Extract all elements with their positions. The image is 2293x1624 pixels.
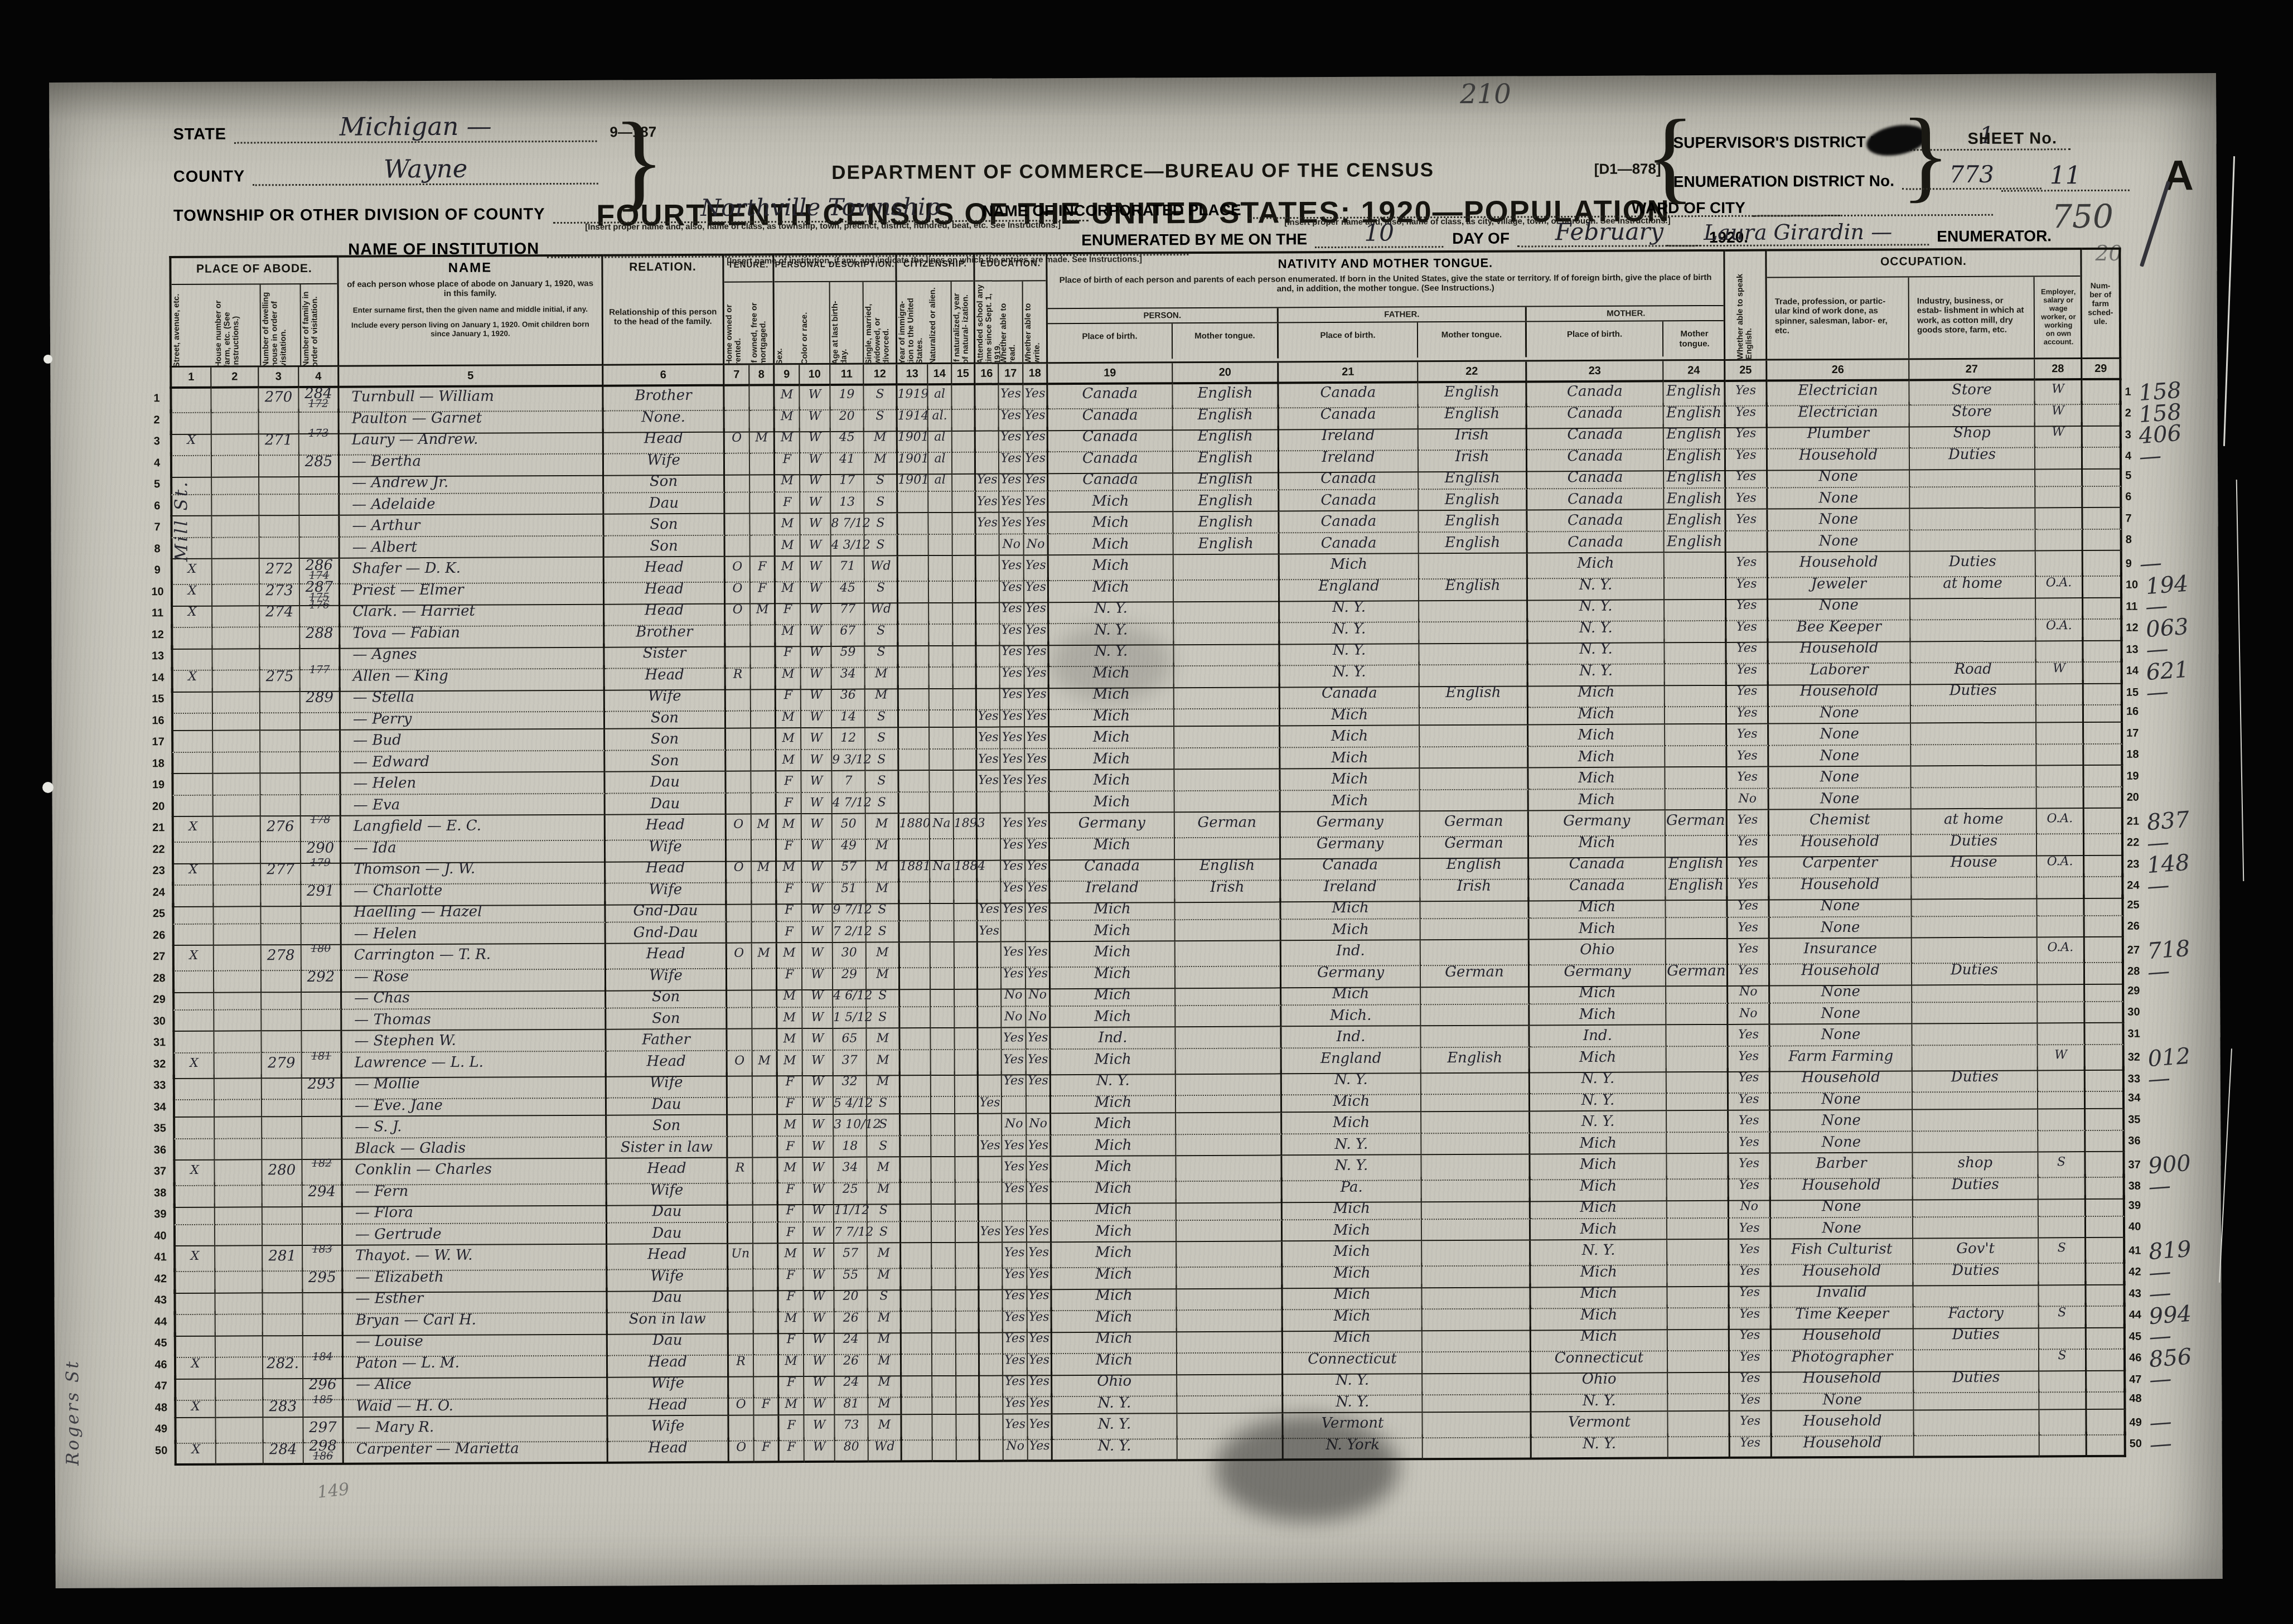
table-cell bbox=[932, 1200, 956, 1222]
table-cell: 4 6/12 bbox=[833, 986, 867, 1008]
table-cell bbox=[753, 1222, 778, 1244]
table-cell bbox=[1421, 1111, 1530, 1133]
table-cell: Son bbox=[605, 707, 726, 729]
numbers-margin-spacer bbox=[2121, 359, 2210, 380]
column-number: 5 bbox=[339, 366, 603, 388]
table-cell: — Andrew Jr. bbox=[340, 472, 604, 495]
name-desc: of each person whose place of abode on J… bbox=[339, 275, 602, 303]
table-cell bbox=[900, 1028, 931, 1050]
table-cell bbox=[726, 729, 751, 751]
table-cell bbox=[2039, 1195, 2086, 1217]
right-line-number: 15 bbox=[2126, 686, 2139, 699]
table-cell bbox=[301, 752, 341, 774]
table-cell: Yes bbox=[976, 470, 999, 492]
table-cell bbox=[952, 470, 976, 492]
right-line-number: 8 bbox=[2126, 534, 2132, 547]
table-cell bbox=[1665, 724, 1727, 746]
table-cell: Head bbox=[608, 1437, 729, 1463]
table-cell: English bbox=[1664, 510, 1726, 531]
table-cell: — Gertrude bbox=[343, 1223, 607, 1246]
table-cell bbox=[214, 924, 262, 946]
table-cell bbox=[953, 534, 976, 556]
table-cell: Mich bbox=[1051, 1092, 1176, 1114]
col2-header: House number or farm, etc. (See Instruct… bbox=[214, 284, 262, 368]
line-number: 26 bbox=[146, 925, 172, 946]
table-cell bbox=[900, 921, 931, 943]
table-cell: W bbox=[805, 1437, 835, 1462]
table-cell bbox=[955, 1135, 979, 1157]
table-cell: Mich bbox=[1051, 1006, 1175, 1028]
table-cell: O bbox=[729, 1394, 754, 1416]
table-cell: F bbox=[777, 793, 802, 815]
table-cell bbox=[1912, 787, 2037, 809]
table-cell bbox=[1666, 896, 1728, 918]
table-cell bbox=[1913, 1088, 2038, 1110]
line-number: 17 bbox=[145, 731, 171, 753]
table-cell bbox=[1421, 983, 1530, 1004]
table-cell bbox=[1911, 766, 2036, 787]
table-cell: Yes bbox=[1025, 706, 1049, 728]
table-cell: N. Y. bbox=[1531, 1390, 1668, 1413]
table-cell bbox=[1911, 723, 2036, 745]
table-cell: 11/12 bbox=[834, 1201, 868, 1222]
table-cell: Mich bbox=[1051, 1113, 1176, 1135]
enumerated-field: ENUMERATED BY ME ON THE 10 DAY OF Februa… bbox=[1081, 219, 1748, 249]
township-value: Northville Township bbox=[700, 193, 940, 221]
table-cell: Mich bbox=[1051, 920, 1175, 942]
table-cell: No bbox=[1728, 982, 1770, 1004]
table-cell bbox=[2084, 895, 2123, 916]
table-cell: 3 10/12 bbox=[834, 1115, 867, 1137]
table-cell bbox=[2038, 916, 2085, 938]
numbers-spacer bbox=[143, 368, 170, 389]
table-cell bbox=[261, 902, 301, 924]
col18-header: Whether able to write. bbox=[1023, 281, 1048, 364]
right-line-number: 44 bbox=[2129, 1309, 2141, 1322]
pencil-margin-note: — bbox=[2147, 1065, 2171, 1093]
table-cell bbox=[1174, 748, 1280, 770]
table-cell bbox=[752, 922, 777, 944]
table-cell: English bbox=[1419, 467, 1527, 489]
table-cell bbox=[2035, 508, 2083, 530]
table-cell: Son bbox=[607, 1115, 728, 1137]
table-cell: Yes bbox=[1028, 1436, 1053, 1462]
right-line-number: 28 bbox=[2127, 965, 2140, 978]
table-cell: S bbox=[867, 1114, 901, 1136]
table-cell: N. Y. bbox=[1530, 1111, 1667, 1133]
table-cell bbox=[899, 728, 930, 750]
right-line-number: 49 bbox=[2129, 1416, 2141, 1429]
table-cell bbox=[172, 989, 214, 1011]
table-cell bbox=[215, 1139, 262, 1161]
table-cell bbox=[215, 1203, 263, 1225]
table-cell: W bbox=[802, 921, 833, 943]
table-cell bbox=[1914, 1389, 2039, 1410]
right-line-number: 6 bbox=[2125, 491, 2131, 504]
column-number: 10 bbox=[800, 365, 830, 386]
table-cell bbox=[2084, 744, 2123, 766]
table-cell: Ind. bbox=[1281, 1026, 1421, 1048]
table-cell bbox=[2083, 529, 2122, 551]
table-cell bbox=[172, 1010, 214, 1032]
enumerated-day-line: 10 bbox=[1315, 220, 1443, 248]
pencil-margin-note: — bbox=[2146, 872, 2170, 900]
table-cell bbox=[1174, 726, 1280, 748]
table-cell: Mich bbox=[1051, 984, 1175, 1006]
table-cell bbox=[899, 750, 930, 771]
table-cell bbox=[954, 728, 977, 750]
margin-cell: 50— bbox=[2126, 1431, 2215, 1457]
column-number: 14 bbox=[928, 364, 952, 385]
table-cell bbox=[956, 1393, 980, 1415]
table-cell bbox=[262, 1010, 302, 1032]
table-cell: None bbox=[1768, 466, 1910, 488]
table-cell bbox=[952, 513, 976, 535]
enumerator-signature: Laura Girardin — bbox=[1704, 220, 1892, 245]
table-cell: Yes bbox=[976, 513, 999, 535]
county-line: Wayne bbox=[253, 157, 598, 186]
table-cell bbox=[1668, 1390, 1730, 1412]
line-number: 31 bbox=[146, 1032, 172, 1053]
table-cell: Canada bbox=[1527, 510, 1664, 532]
table-cell: Yes bbox=[1727, 746, 1769, 767]
right-line-number: 42 bbox=[2128, 1266, 2141, 1279]
table-cell bbox=[173, 1225, 215, 1246]
table-cell: None bbox=[1768, 509, 1910, 531]
line-number: 39 bbox=[147, 1203, 173, 1225]
name-note1: Enter surname first, then the given name… bbox=[339, 301, 602, 318]
table-cell bbox=[930, 792, 954, 814]
table-cell: Yes bbox=[979, 1093, 1002, 1114]
right-line-number: 43 bbox=[2128, 1287, 2141, 1300]
table-cell bbox=[216, 1439, 264, 1465]
col13-header: Year of immigra- tion to the United Stat… bbox=[897, 282, 928, 364]
table-cell: W bbox=[800, 471, 831, 492]
table-cell: — Helen bbox=[341, 772, 605, 795]
table-cell: M bbox=[775, 471, 800, 492]
table-cell bbox=[2038, 1088, 2086, 1110]
table-cell: No bbox=[1000, 534, 1024, 556]
table-cell bbox=[978, 1028, 1002, 1050]
table-cell bbox=[955, 1093, 979, 1114]
table-cell bbox=[1420, 768, 1528, 790]
table-cell: Mich bbox=[1049, 727, 1174, 748]
table-cell: No bbox=[1026, 1007, 1051, 1028]
table-cell: Mich bbox=[1281, 919, 1421, 941]
table-cell bbox=[299, 516, 340, 538]
table-cell bbox=[901, 1114, 931, 1136]
table-cell: None bbox=[1772, 1389, 1914, 1412]
table-cell bbox=[301, 709, 341, 731]
right-line-number: 21 bbox=[2127, 815, 2139, 828]
right-line-number: 9 bbox=[2126, 557, 2132, 570]
right-line-number: 39 bbox=[2128, 1199, 2141, 1212]
table-cell: 9 3/12 bbox=[832, 750, 865, 771]
table-cell bbox=[1912, 1002, 2038, 1024]
table-cell bbox=[955, 1114, 979, 1136]
table-cell bbox=[302, 1117, 342, 1139]
table-cell bbox=[215, 1096, 262, 1118]
table-cell bbox=[2087, 1388, 2126, 1410]
table-cell bbox=[1913, 1109, 2038, 1131]
table-cell bbox=[751, 771, 776, 793]
table-cell bbox=[728, 1201, 753, 1223]
pencil-page-number: 210 bbox=[1460, 79, 1511, 110]
table-cell: Yes bbox=[1026, 1028, 1051, 1050]
table-cell: F bbox=[775, 492, 800, 514]
col14-header: Naturalized or alien. bbox=[928, 282, 952, 364]
table-cell: Yes bbox=[977, 706, 1000, 728]
table-cell: Canada bbox=[1048, 469, 1173, 491]
right-line-number: 18 bbox=[2126, 748, 2139, 761]
table-cell: 17 bbox=[831, 471, 864, 492]
table-cell bbox=[954, 792, 978, 814]
pencil-right-number: 750 bbox=[2052, 197, 2113, 235]
table-cell: W bbox=[804, 1201, 834, 1222]
table-cell: S bbox=[864, 513, 898, 535]
table-cell: F bbox=[778, 1137, 803, 1158]
table-cell: Mich bbox=[1283, 1220, 1422, 1242]
right-line-number: 29 bbox=[2127, 984, 2140, 997]
line-number: 6 bbox=[144, 495, 170, 517]
table-cell: 284 bbox=[264, 1439, 304, 1465]
table-cell bbox=[1667, 1089, 1729, 1111]
table-cell bbox=[898, 513, 928, 535]
right-line-number: 47 bbox=[2129, 1373, 2141, 1386]
table-cell bbox=[2038, 1109, 2086, 1131]
county-value: Wayne bbox=[384, 154, 467, 184]
table-cell: S bbox=[867, 1136, 901, 1158]
table-cell bbox=[2039, 1217, 2086, 1239]
table-cell bbox=[171, 709, 213, 731]
table-cell: None bbox=[1769, 702, 1911, 724]
table-cell bbox=[725, 535, 751, 557]
table-cell bbox=[171, 731, 213, 753]
enum-district-field: ENUMERATION DISTRICT No. 773 bbox=[1673, 162, 2042, 191]
table-cell: None bbox=[1770, 1024, 1912, 1046]
place-of-abode-title: PLACE OF ABODE. bbox=[171, 258, 337, 285]
table-cell: Yes bbox=[978, 900, 1001, 921]
table-cell: — S. J. bbox=[342, 1116, 607, 1139]
township-label: TOWNSHIP OR OTHER DIVISION OF COUNTY bbox=[173, 205, 545, 225]
margin-cell: 31 bbox=[2124, 1023, 2213, 1045]
table-cell bbox=[1176, 1113, 1282, 1134]
table-cell bbox=[753, 1201, 778, 1222]
census-table: PLACE OF ABODE. Street, avenue, etc. Hou… bbox=[143, 247, 2215, 1461]
table-cell: W bbox=[801, 728, 832, 750]
table-cell: Black — Gladis bbox=[342, 1137, 607, 1160]
table-cell bbox=[752, 986, 777, 1008]
table-cell: M bbox=[868, 1394, 902, 1415]
table-cell bbox=[955, 1028, 978, 1050]
table-cell bbox=[2086, 1130, 2125, 1152]
table-cell bbox=[260, 731, 301, 752]
table-cell: Yes bbox=[1003, 1393, 1028, 1415]
scanned-census-page: 9—187 210 DEPARTMENT OF COMMERCE—BUREAU … bbox=[0, 0, 2293, 1624]
table-cell: Haelling — Hazel bbox=[341, 901, 606, 924]
table-cell: Yes bbox=[1025, 727, 1049, 749]
enum-district-value: 773 bbox=[1949, 161, 1994, 188]
table-cell: F bbox=[776, 771, 801, 793]
column-number: 1 bbox=[170, 368, 211, 389]
table-cell: Yes bbox=[1726, 488, 1768, 510]
film-hole-2 bbox=[42, 782, 54, 793]
table-cell bbox=[954, 706, 977, 728]
table-cell: N. Y. bbox=[1283, 1391, 1423, 1414]
table-cell bbox=[976, 534, 1000, 556]
table-cell: M bbox=[776, 535, 801, 557]
table-cell bbox=[2083, 508, 2122, 530]
table-cell: English bbox=[1665, 531, 1726, 553]
table-cell: W bbox=[804, 1394, 835, 1415]
tenure-title: TENURE. bbox=[724, 255, 772, 282]
table-cell bbox=[1665, 703, 1727, 724]
occupation-title: OCCUPATION. bbox=[1767, 250, 2080, 278]
state-label: STATE bbox=[173, 125, 226, 144]
table-cell bbox=[1176, 1134, 1282, 1156]
table-cell: Son bbox=[606, 987, 727, 1008]
table-cell bbox=[932, 1393, 956, 1415]
col3-header: Number of dwelling house in order of vis… bbox=[261, 284, 302, 368]
table-cell bbox=[2038, 1002, 2085, 1024]
right-line-number: 26 bbox=[2127, 920, 2140, 933]
line-number: 19 bbox=[145, 774, 171, 796]
table-cell bbox=[301, 731, 341, 752]
right-line-number: 32 bbox=[2128, 1051, 2140, 1064]
table-cell: 4 3/12 bbox=[831, 535, 865, 557]
sheet-line: 11 bbox=[2001, 164, 2130, 192]
table-cell: — Chas bbox=[342, 987, 606, 1010]
table-cell: 185 bbox=[303, 1396, 344, 1418]
table-cell bbox=[752, 793, 777, 815]
table-cell bbox=[931, 921, 955, 942]
table-cell: Yes bbox=[999, 470, 1024, 491]
table-cell bbox=[172, 795, 214, 817]
column-number: 12 bbox=[864, 364, 897, 385]
table-cell: X bbox=[174, 1396, 216, 1418]
name-title: NAME bbox=[338, 257, 601, 277]
table-cell bbox=[750, 492, 775, 514]
table-cell: S bbox=[868, 1222, 901, 1244]
table-cell bbox=[214, 902, 261, 924]
table-cell bbox=[213, 752, 260, 774]
table-cell bbox=[1177, 1198, 1283, 1220]
line-number: 25 bbox=[146, 903, 172, 925]
column-number: 24 bbox=[1663, 361, 1725, 382]
table-cell: Yes bbox=[1729, 1111, 1770, 1133]
nativity-title: NATIVITY AND MOTHER TONGUE. bbox=[1047, 252, 1723, 272]
table-cell bbox=[2083, 486, 2122, 508]
table-cell: 14 bbox=[832, 707, 865, 728]
table-cell: N. Y. bbox=[1282, 1134, 1421, 1156]
table-cell: Yes bbox=[1730, 1390, 1772, 1412]
table-cell bbox=[952, 491, 976, 513]
column-number: 7 bbox=[724, 365, 749, 386]
table-cell: English bbox=[1419, 532, 1528, 554]
table-cell: Canada bbox=[1528, 531, 1665, 554]
pencil-margin-note: — bbox=[2147, 958, 2171, 985]
table-cell: Ind. bbox=[1530, 1025, 1666, 1047]
pob-header-3: Place of birth. bbox=[1527, 322, 1663, 357]
table-cell bbox=[930, 749, 954, 771]
header-margin-spacer bbox=[2121, 247, 2210, 359]
table-cell bbox=[1911, 745, 2036, 766]
table-cell: Mich bbox=[1528, 746, 1665, 768]
right-line-number: 11 bbox=[2126, 600, 2137, 613]
table-cell: Yes bbox=[1000, 727, 1025, 749]
table-cell bbox=[1913, 1217, 2039, 1239]
table-cell bbox=[1420, 790, 1529, 811]
table-cell: Mich bbox=[1280, 726, 1420, 748]
table-cell: S bbox=[866, 792, 899, 814]
table-cell bbox=[1665, 746, 1727, 767]
table-cell: — Eve. Jane bbox=[342, 1094, 607, 1117]
right-line-number: 40 bbox=[2128, 1221, 2141, 1234]
right-line-number: 33 bbox=[2128, 1072, 2140, 1085]
table-cell bbox=[263, 1203, 303, 1225]
table-cell bbox=[260, 774, 301, 795]
table-cell: — Perry bbox=[341, 708, 605, 731]
group-occupation: OCCUPATION. Trade, profession, or partic… bbox=[1767, 248, 2082, 360]
street-name-top: Mill St. bbox=[171, 394, 191, 562]
table-cell bbox=[259, 473, 299, 495]
table-cell: 18 bbox=[834, 1136, 867, 1158]
table-cell bbox=[1912, 1023, 2038, 1045]
right-line-number: 17 bbox=[2126, 727, 2139, 739]
right-line-number: 20 bbox=[2127, 791, 2139, 804]
column-number: 3 bbox=[259, 367, 299, 388]
table-cell: None bbox=[1769, 895, 1912, 917]
table-cell: No bbox=[1026, 985, 1051, 1007]
line-number: 16 bbox=[145, 710, 171, 732]
table-cell: Mich bbox=[1530, 918, 1666, 940]
table-cell: Yes bbox=[1000, 749, 1025, 771]
table-cell bbox=[2086, 1087, 2125, 1109]
table-cell: English bbox=[1173, 511, 1279, 533]
table-cell bbox=[2037, 895, 2084, 916]
right-line-number: 19 bbox=[2126, 770, 2139, 782]
table-cell bbox=[2036, 745, 2084, 766]
table-cell: W bbox=[803, 1115, 834, 1137]
table-cell: Waid — H. O. bbox=[344, 1395, 608, 1418]
table-cell bbox=[171, 774, 213, 796]
right-line-number: 14 bbox=[2126, 665, 2139, 678]
table-cell: Yes bbox=[977, 749, 1000, 771]
table-cell bbox=[1025, 792, 1050, 814]
column-number: 15 bbox=[952, 364, 975, 385]
table-cell: 80 bbox=[835, 1437, 869, 1462]
pencil-margin-note: — bbox=[2149, 1366, 2173, 1393]
table-cell: Dau bbox=[607, 1201, 728, 1223]
table-cell: F bbox=[778, 1094, 803, 1115]
pencil-margin-note: — bbox=[2149, 1430, 2173, 1458]
right-line-number: 41 bbox=[2128, 1244, 2141, 1257]
table-cell: F bbox=[780, 1437, 805, 1463]
street-name-bottom: Rogers St bbox=[62, 1304, 83, 1466]
table-cell: W bbox=[803, 1136, 834, 1158]
column-number: 17 bbox=[999, 364, 1023, 385]
table-cell bbox=[728, 1094, 753, 1115]
day-of-label: DAY OF bbox=[1452, 230, 1510, 248]
table-cell: English bbox=[1664, 467, 1726, 489]
table-cell: — Bud bbox=[341, 729, 605, 752]
table-cell bbox=[932, 1221, 956, 1243]
county-field: COUNTY Wayne bbox=[173, 157, 599, 186]
table-cell: Yes bbox=[1730, 1433, 1772, 1458]
margin-cell: 8 bbox=[2122, 529, 2212, 551]
table-cell: None bbox=[1770, 1132, 1913, 1154]
table-cell bbox=[2086, 1195, 2125, 1217]
